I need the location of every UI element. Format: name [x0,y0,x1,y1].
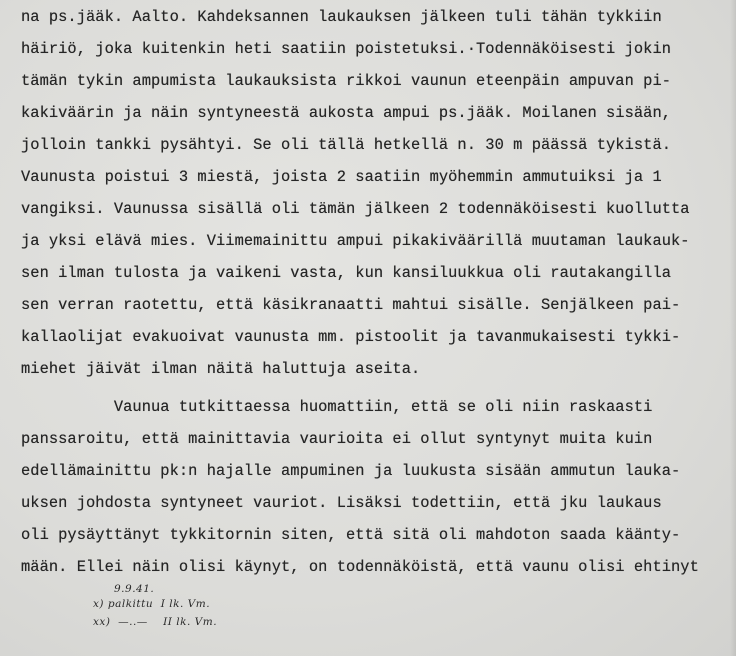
scanned-document-page: na ps.jääk. Aalto. Kahdeksannen laukauks… [0,0,736,656]
typed-line: na ps.jääk. Aalto. Kahdeksannen laukauks… [21,8,662,26]
typed-line: sen verran raotettu, että käsikranaatti … [21,296,680,314]
typed-line: mään. Ellei näin olisi käynyt, on todenn… [21,558,699,576]
typed-line: miehet jäivät ilman näitä haluttuja asei… [21,360,420,378]
typed-line: vangiksi. Vaunussa sisällä oli tämän jäl… [21,200,690,218]
typed-line: Vaunua tutkittaessa huomattiin, että se … [21,398,652,416]
handwritten-date: 9.9.41. [114,583,154,595]
typed-line: tämän tykin ampumista laukauksista rikko… [21,72,671,90]
typed-line: Vaunusta poistui 3 miestä, joista 2 saat… [21,168,662,186]
typed-line: oli pysäyttänyt tykkitornin siten, että … [21,526,680,544]
typed-line: jolloin tankki pysähtyi. Se oli tällä he… [21,136,671,154]
typed-line: sen ilman tulosta ja vaikeni vasta, kun … [21,264,671,282]
typed-line: kallaolijat evakuoivat vaunusta mm. pist… [21,328,680,346]
typed-line: panssaroitu, että mainittavia vaurioita … [21,430,652,448]
typed-line: kakiväärin ja näin syntyneestä aukosta a… [21,104,671,122]
handwritten-note: x) palkittu I lk. Vm. [93,598,210,610]
typed-line: häiriö, joka kuitenkin heti saatiin pois… [21,40,671,58]
typed-line: ja yksi elävä mies. Viimemainittu ampui … [21,232,690,250]
handwritten-note: xx) —..— II lk. Vm. [93,616,217,628]
typed-line: edellämainittu pk:n hajalle ampuminen ja… [21,462,680,480]
typed-line: uksen johdosta syntyneet vauriot. Lisäks… [21,494,662,512]
